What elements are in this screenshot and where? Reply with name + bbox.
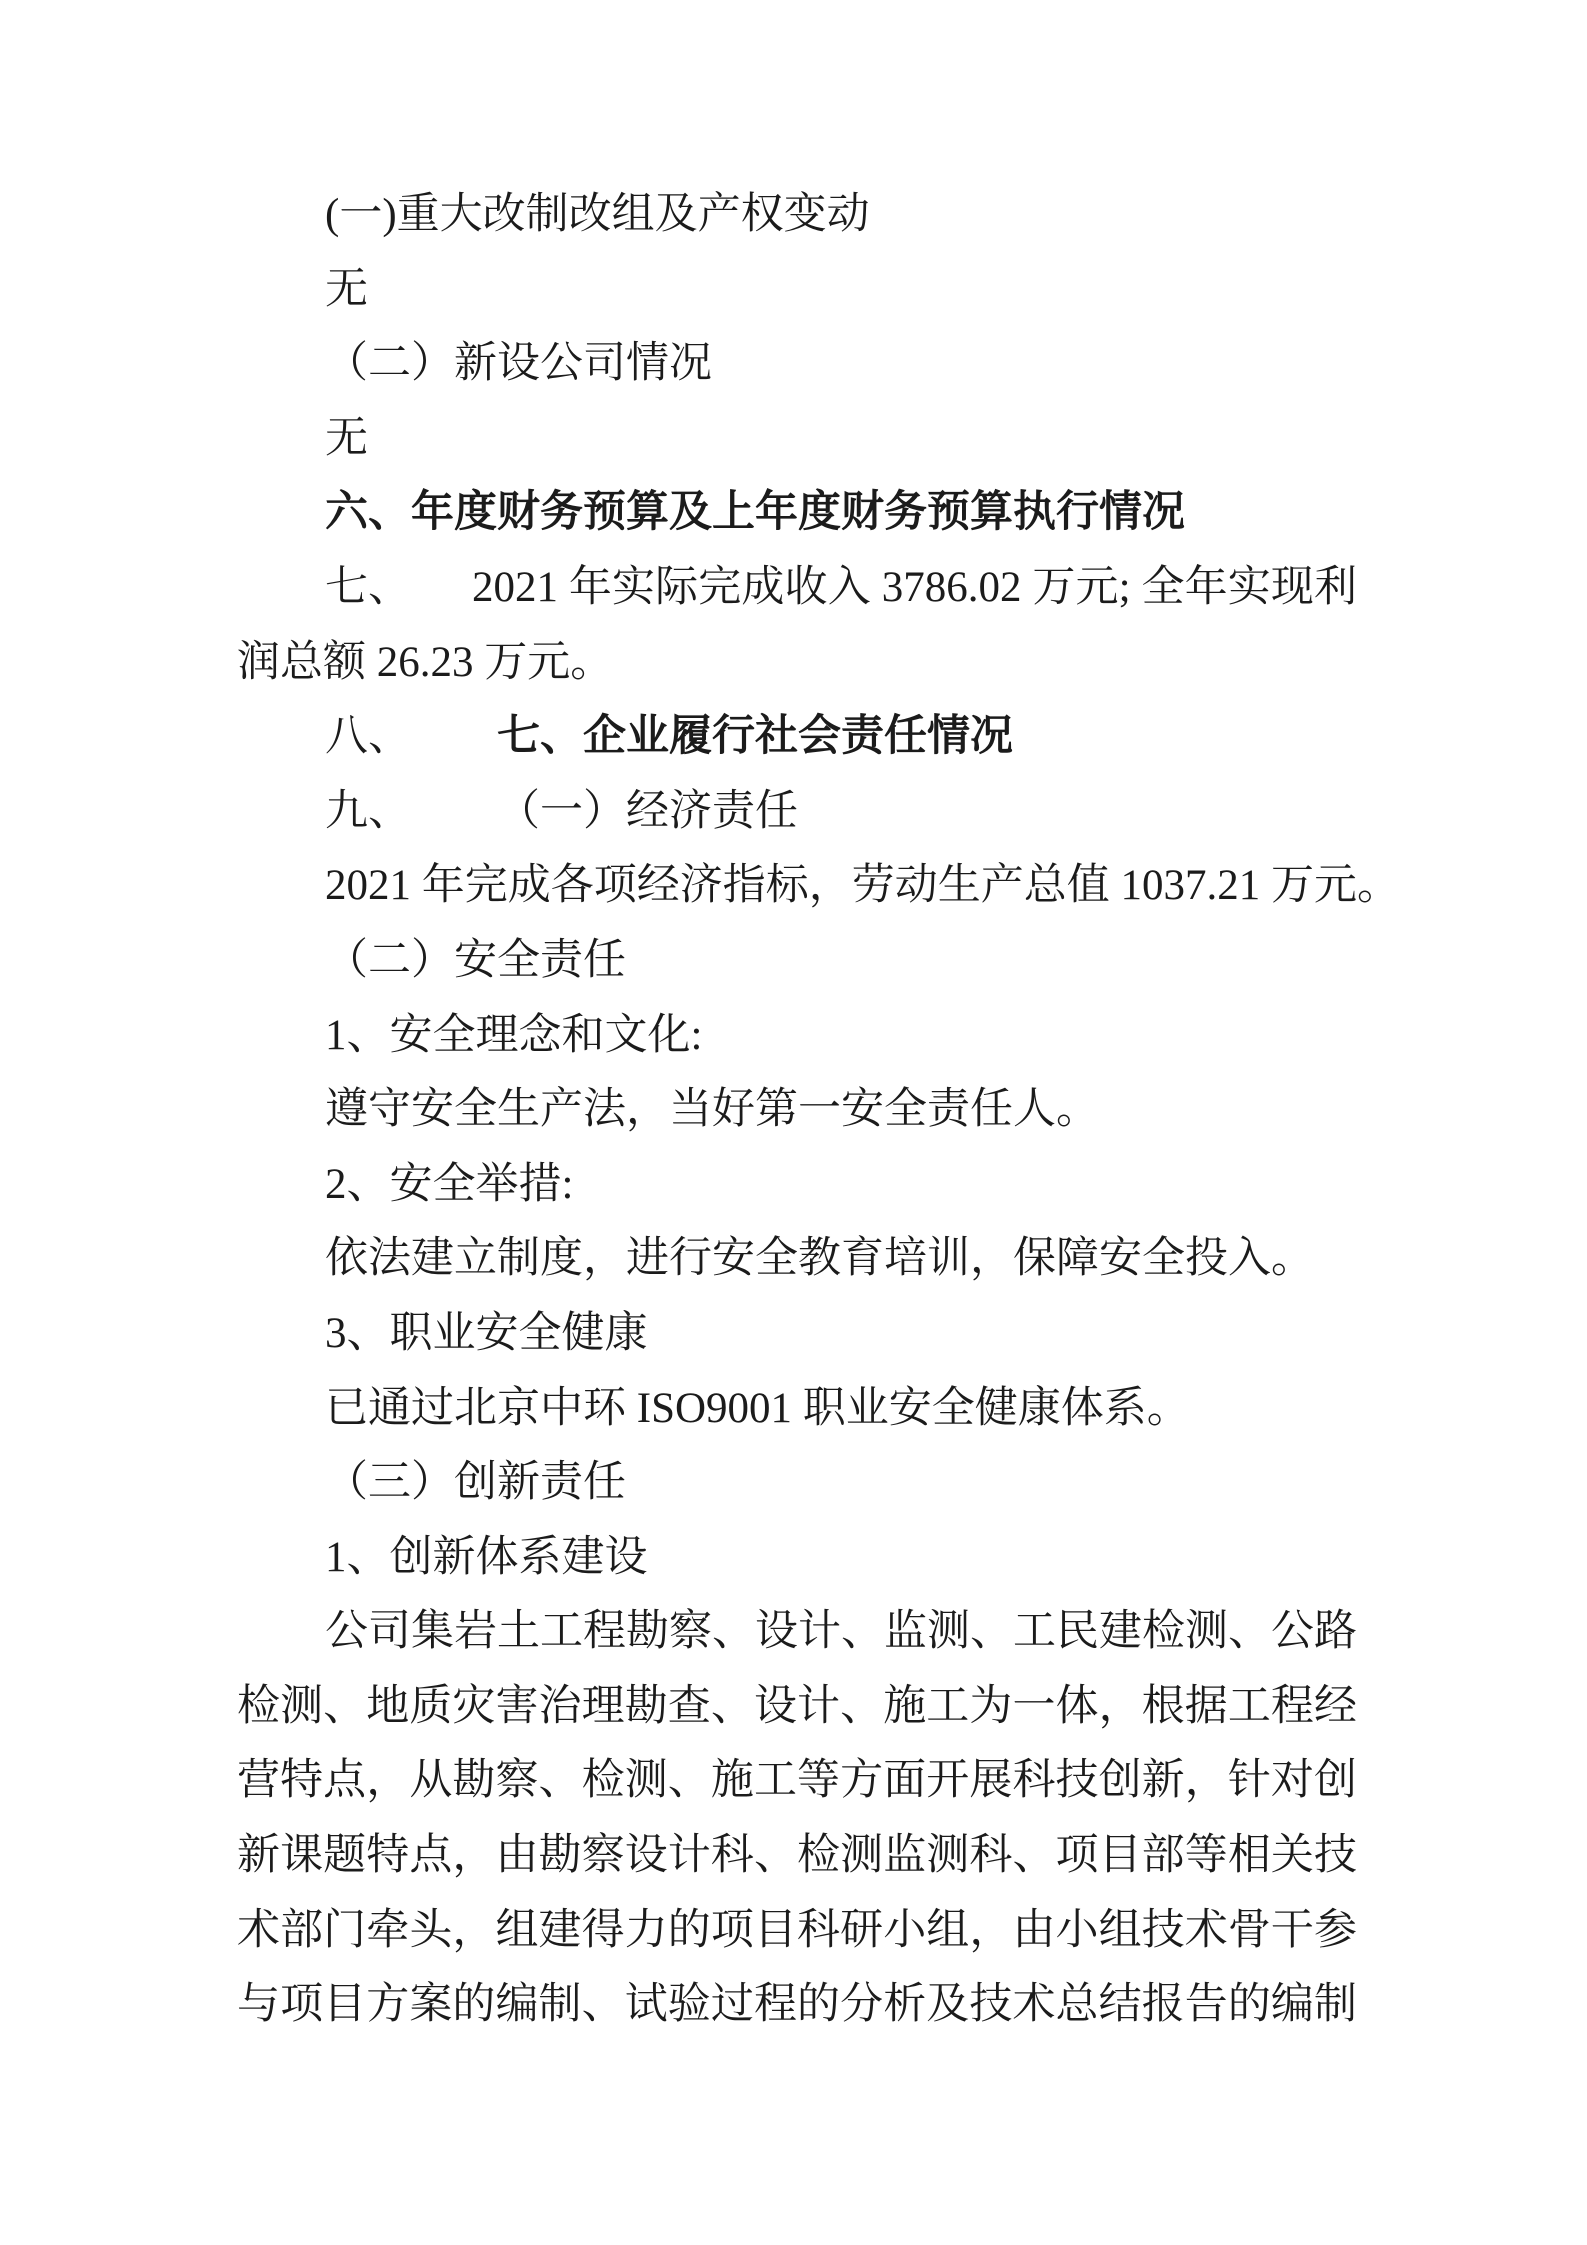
document-line: 润总额 26.23 万元。 [237,626,1357,701]
document-content: (一)重大改制改组及产权变动无（二）新设公司情况无六、年度财务预算及上年度财务预… [237,178,1357,2043]
line-text: （一）经济责任 [497,775,1357,850]
document-line: (一)重大改制改组及产权变动 [237,178,1357,253]
document-line: 检测、地质灾害治理勘查、设计、施工为一体，根据工程经 [237,1670,1357,1745]
document-line: 已通过北京中环 ISO9001 职业安全健康体系。 [237,1372,1357,1447]
line-text: 七、企业履行社会责任情况 [497,700,1357,775]
document-line: 遵守安全生产法，当好第一安全责任人。 [237,1073,1357,1148]
document-line: 营特点，从勘察、检测、施工等方面开展科技创新，针对创 [237,1744,1357,1819]
document-line: 1、安全理念和文化: [237,999,1357,1074]
document-page: (一)重大改制改组及产权变动无（二）新设公司情况无六、年度财务预算及上年度财务预… [0,0,1587,2245]
document-line: 八、七、企业履行社会责任情况 [237,700,1357,775]
document-line: 术部门牵头，组建得力的项目科研小组，由小组技术骨干参 [237,1894,1357,1969]
document-line: 2021 年完成各项经济指标，劳动生产总值 1037.21 万元。 [237,849,1357,924]
document-line: 新课题特点，由勘察设计科、检测监测科、项目部等相关技 [237,1819,1357,1894]
document-line: 3、职业安全健康 [237,1297,1357,1372]
document-line: 公司集岩土工程勘察、设计、监测、工民建检测、公路 [237,1595,1357,1670]
document-line: 七、2021 年实际完成收入 3786.02 万元; 全年实现利 [237,551,1357,626]
list-number-marker: 九、 [325,775,497,850]
line-text: 2021 年实际完成收入 3786.02 万元; 全年实现利 [472,551,1357,626]
document-line: （二）新设公司情况 [237,327,1357,402]
document-line: 六、年度财务预算及上年度财务预算执行情况 [237,476,1357,551]
document-line: 与项目方案的编制、试验过程的分析及技术总结报告的编制 [237,1968,1357,2043]
list-number-marker: 七、 [325,551,472,626]
document-line: 依法建立制度，进行安全教育培训，保障安全投入。 [237,1222,1357,1297]
document-line: （三）创新责任 [237,1446,1357,1521]
document-line: 1、创新体系建设 [237,1521,1357,1596]
document-line: 2、安全举措: [237,1148,1357,1223]
document-line: 无 [237,402,1357,477]
list-number-marker: 八、 [325,700,497,775]
document-line: （二）安全责任 [237,924,1357,999]
document-line: 无 [237,253,1357,328]
document-line: 九、（一）经济责任 [237,775,1357,850]
